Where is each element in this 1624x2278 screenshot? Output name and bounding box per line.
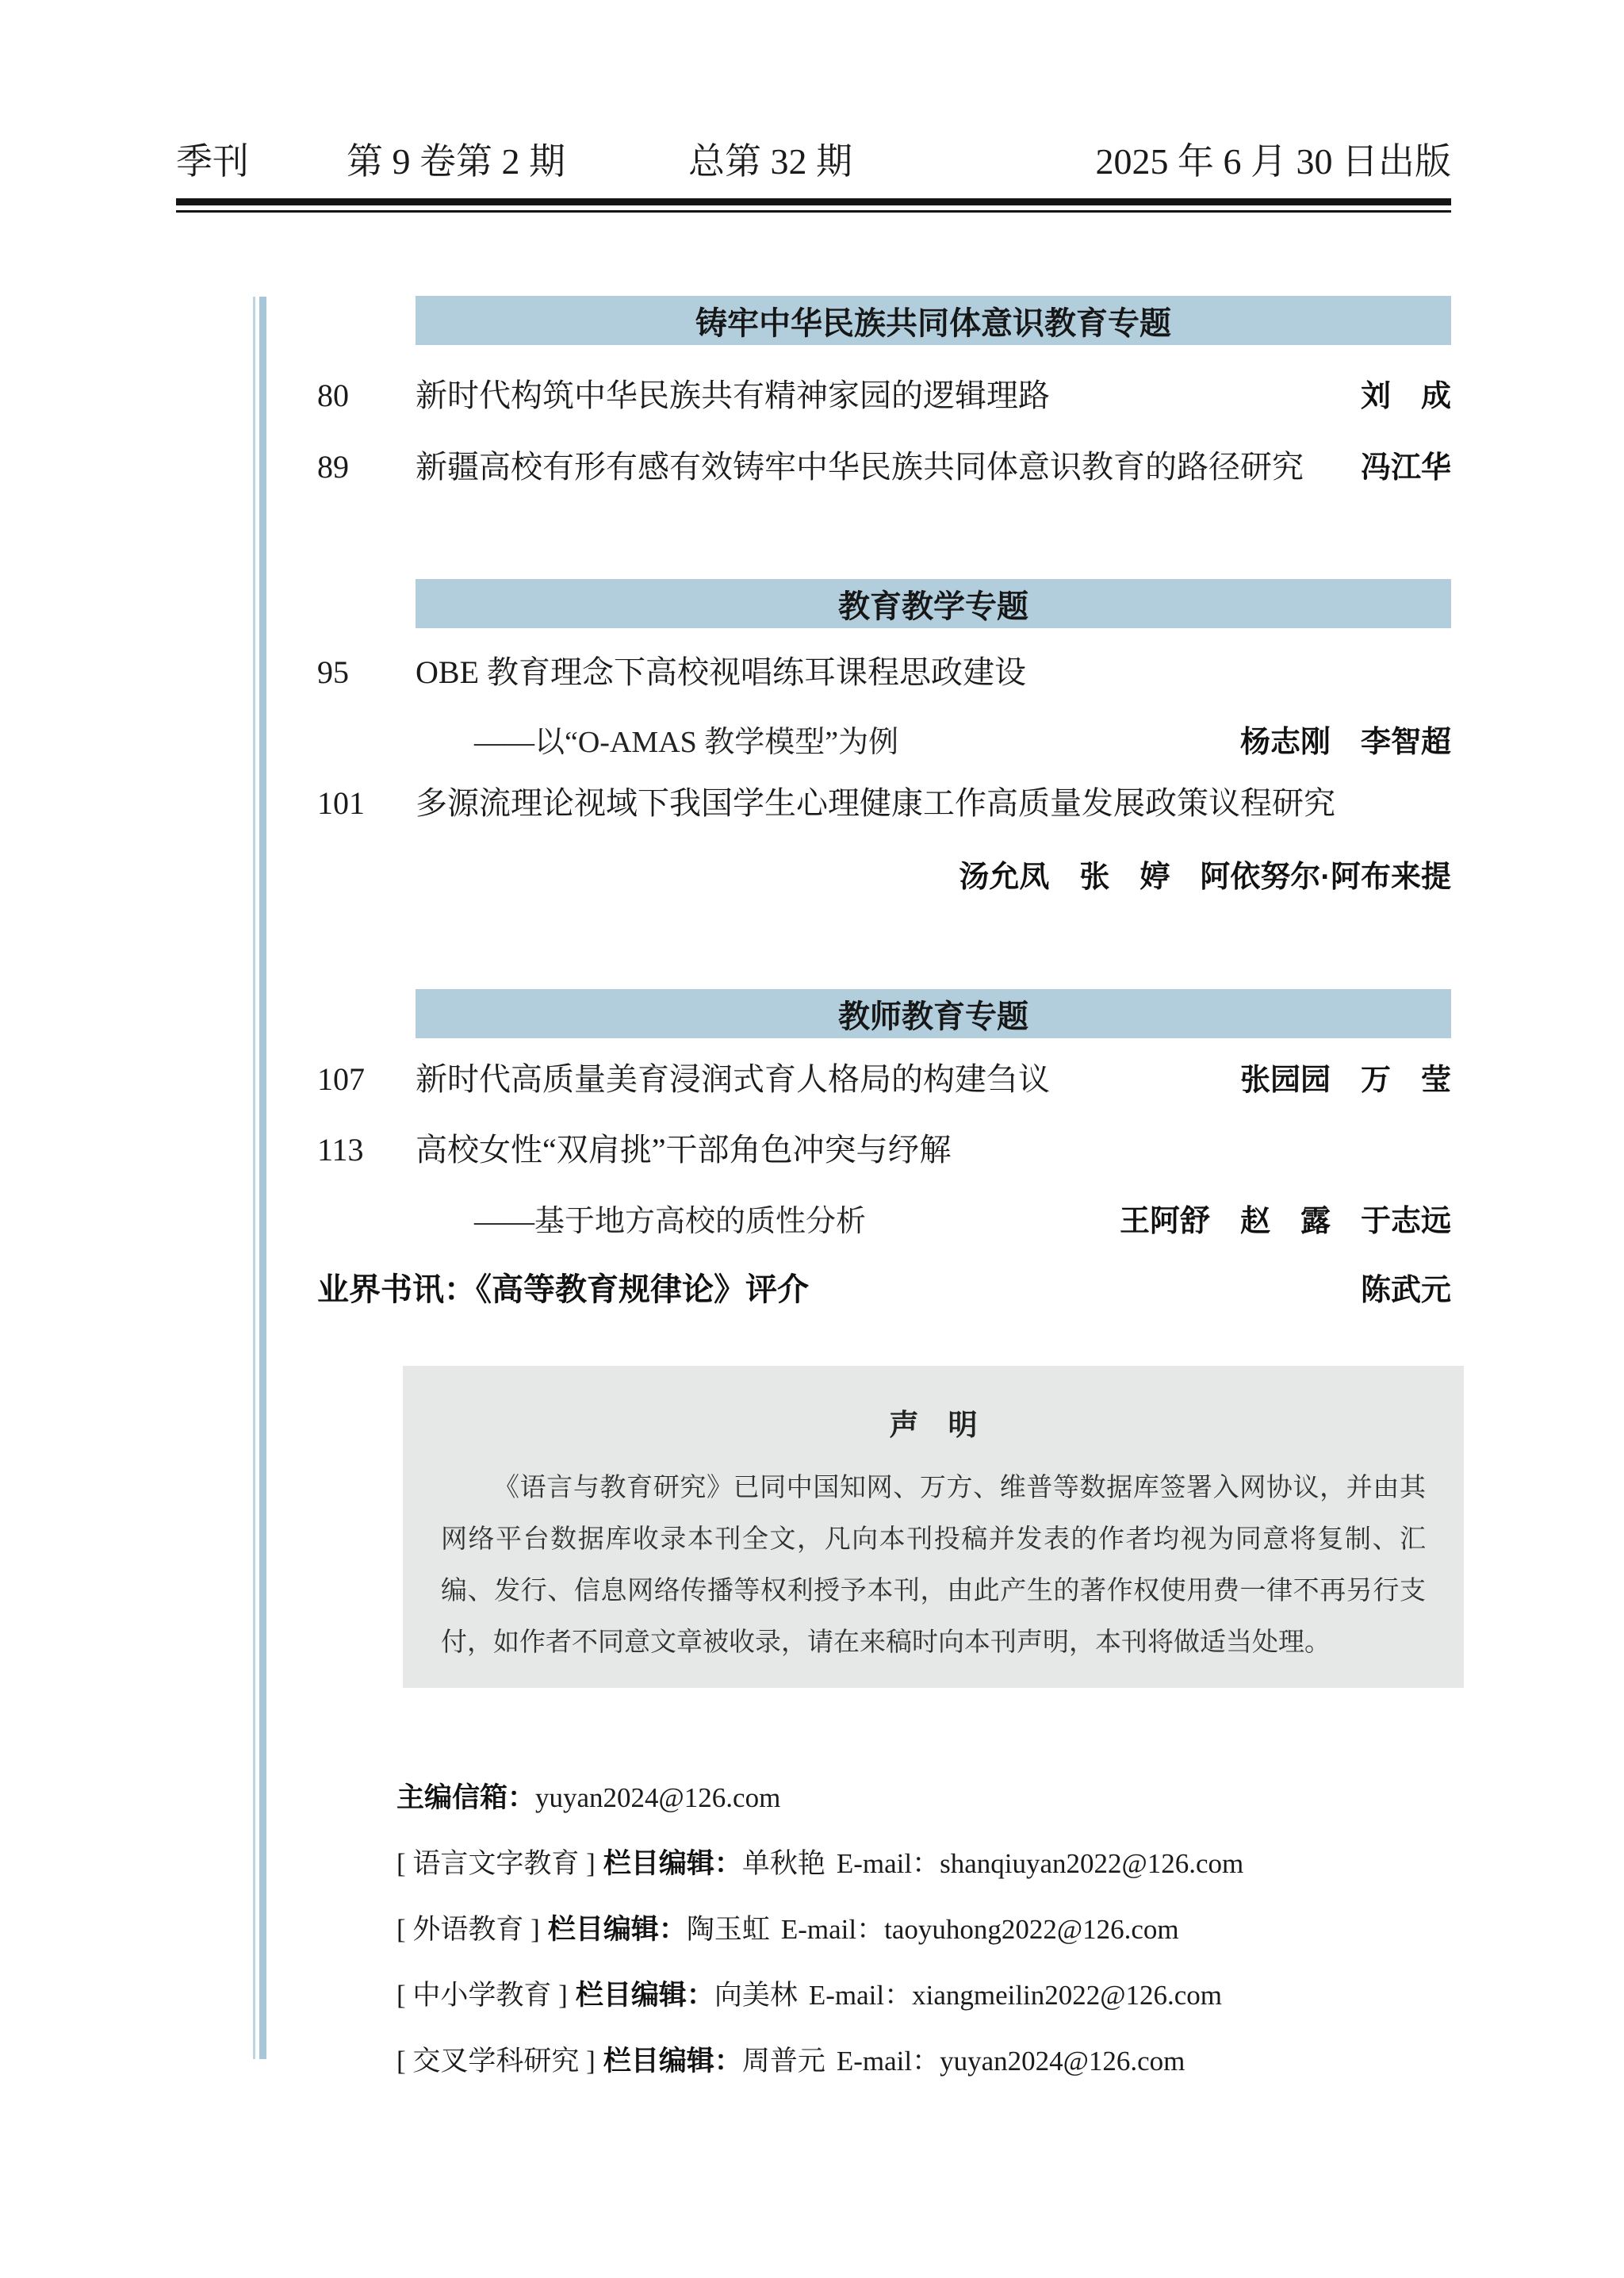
sidebar-line-thick xyxy=(259,297,266,2059)
page-number: 89 xyxy=(317,447,416,488)
contact-row-interdisciplinary: [ 交叉学科研究 ]栏目编辑：周普元E-mail：yuyan2024@126.c… xyxy=(396,2042,1185,2081)
volume-issue: 第 9 卷第 2 期 xyxy=(347,140,565,184)
column-editor-label: 栏目编辑： xyxy=(576,1980,714,2011)
article-authors: 张园园 万 莹 xyxy=(1240,1060,1451,1101)
header-rule-thick xyxy=(176,198,1451,205)
statement-body: 《语言与教育研究》已同中国知网、万方、维普等数据库签署入网协议，并由其网络平台数… xyxy=(441,1463,1426,1669)
email-address: yuyan2024@126.com xyxy=(940,2046,1185,2077)
chief-editor-label: 主编信箱： xyxy=(396,1782,535,1813)
email-address: shanqiuyan2022@126.com xyxy=(940,1848,1243,1879)
column-editor-label: 栏目编辑： xyxy=(603,1848,742,1879)
statement-title: 声 明 xyxy=(403,1401,1464,1444)
column-category: [ 中小学教育 ] xyxy=(396,1980,568,2011)
article-authors: 冯江华 xyxy=(1361,447,1451,489)
page-header: 季刊 第 9 卷第 2 期 总第 32 期 2025 年 6 月 30 日出版 xyxy=(176,140,1451,184)
section-bar-teacher-education: 教师教育专题 xyxy=(416,989,1451,1038)
email-address: xiangmeilin2022@126.com xyxy=(912,1980,1222,2011)
article-title: 新疆高校有形有感有效铸牢中华民族共同体意识教育的路径研究 xyxy=(416,447,1361,488)
contact-row-foreign-language: [ 外语教育 ]栏目编辑：陶玉虹E-mail：taoyuhong2022@126… xyxy=(396,1910,1179,1950)
editor-name: 单秋艳 xyxy=(742,1848,825,1879)
article-title: 多源流理论视域下我国学生心理健康工作高质量发展政策议程研究 xyxy=(416,783,1451,824)
book-news-label: 业界书讯：《高等教育规律论》评介 xyxy=(317,1269,809,1310)
page-number: 95 xyxy=(317,652,416,693)
article-title: OBE 教育理念下高校视唱练耳课程思政建设 xyxy=(416,652,1451,693)
sidebar-line-thin xyxy=(253,297,255,2059)
header-rule-thin xyxy=(176,210,1451,213)
page-number: 113 xyxy=(317,1129,416,1171)
column-editor-label: 栏目编辑： xyxy=(548,1914,687,1945)
column-category: [ 语言文字教育 ] xyxy=(396,1848,596,1879)
editor-name: 向美林 xyxy=(714,1980,798,2011)
toc-row: 95 OBE 教育理念下高校视唱练耳课程思政建设 xyxy=(317,652,1451,693)
book-news-row: 业界书讯：《高等教育规律论》评介 陈武元 xyxy=(317,1269,1451,1310)
article-authors: 刘 成 xyxy=(1361,376,1451,417)
page-number: 107 xyxy=(317,1059,416,1100)
journal-toc-page: 季刊 第 9 卷第 2 期 总第 32 期 2025 年 6 月 30 日出版 … xyxy=(0,0,1624,2278)
statement-box: 声 明 《语言与教育研究》已同中国知网、万方、维普等数据库签署入网协议，并由其网… xyxy=(403,1366,1464,1688)
toc-subtitle-row: ——以“O-AMAS 教学模型”为例 杨志刚 李智超 xyxy=(317,722,1451,763)
article-title: 高校女性“双肩挑”干部角色冲突与纾解 xyxy=(416,1129,1451,1171)
column-category: [ 交叉学科研究 ] xyxy=(396,2046,596,2077)
article-title: 新时代高质量美育浸润式育人格局的构建刍议 xyxy=(416,1059,1240,1100)
toc-row: 107 新时代高质量美育浸润式育人格局的构建刍议 张园园 万 莹 xyxy=(317,1059,1451,1100)
article-subtitle: ——以“O-AMAS 教学模型”为例 xyxy=(416,722,1240,763)
toc-row: 89 新疆高校有形有感有效铸牢中华民族共同体意识教育的路径研究 冯江华 xyxy=(317,447,1451,488)
section-bar-teaching: 教育教学专题 xyxy=(416,579,1451,628)
section-title: 教育教学专题 xyxy=(838,581,1028,627)
toc-authors-row: 汤允凤 张 婷 阿依努尔·阿布来提 xyxy=(317,857,1451,898)
article-subtitle: ——基于地方高校的质性分析 xyxy=(416,1201,1120,1242)
article-authors: 王阿舒 赵 露 于志远 xyxy=(1120,1201,1451,1242)
email-label: E-mail： xyxy=(809,1980,912,2011)
chief-editor-email: yuyan2024@126.com xyxy=(535,1782,780,1813)
section-title: 铸牢中华民族共同体意识教育专题 xyxy=(695,298,1171,343)
column-category: [ 外语教育 ] xyxy=(396,1914,540,1945)
contact-row-language-education: [ 语言文字教育 ]栏目编辑：单秋艳E-mail：shanqiuyan2022@… xyxy=(396,1844,1243,1884)
email-label: E-mail： xyxy=(781,1914,884,1945)
editor-name: 陶玉虹 xyxy=(687,1914,770,1945)
email-label: E-mail： xyxy=(837,2046,940,2077)
toc-row: 101 多源流理论视域下我国学生心理健康工作高质量发展政策议程研究 xyxy=(317,783,1451,824)
section-title: 教师教育专题 xyxy=(838,991,1028,1037)
page-number: 101 xyxy=(317,783,416,824)
toc-row: 80 新时代构筑中华民族共有精神家园的逻辑理路 刘 成 xyxy=(317,375,1451,416)
article-authors: 汤允凤 张 婷 阿依努尔·阿布来提 xyxy=(959,857,1451,898)
toc-subtitle-row: ——基于地方高校的质性分析 王阿舒 赵 露 于志远 xyxy=(317,1201,1451,1242)
book-news-author: 陈武元 xyxy=(1361,1270,1451,1311)
email-address: taoyuhong2022@126.com xyxy=(884,1914,1179,1945)
email-label: E-mail： xyxy=(837,1848,940,1879)
editor-name: 周普元 xyxy=(742,2046,825,2077)
article-authors: 杨志刚 李智超 xyxy=(1240,722,1451,763)
contact-row-k12-education: [ 中小学教育 ]栏目编辑：向美林E-mail：xiangmeilin2022@… xyxy=(396,1976,1222,2015)
contact-chief-editor: 主编信箱：yuyan2024@126.com xyxy=(396,1778,780,1818)
column-editor-label: 栏目编辑： xyxy=(603,2046,742,2077)
article-title: 新时代构筑中华民族共有精神家园的逻辑理路 xyxy=(416,375,1361,416)
toc-row: 113 高校女性“双肩挑”干部角色冲突与纾解 xyxy=(317,1129,1451,1171)
page-number: 80 xyxy=(317,375,416,416)
publish-date: 2025 年 6 月 30 日出版 xyxy=(1096,140,1452,184)
total-issue: 总第 32 期 xyxy=(688,140,852,184)
journal-frequency: 季刊 xyxy=(176,140,249,184)
section-bar-unity-education: 铸牢中华民族共同体意识教育专题 xyxy=(416,296,1451,345)
